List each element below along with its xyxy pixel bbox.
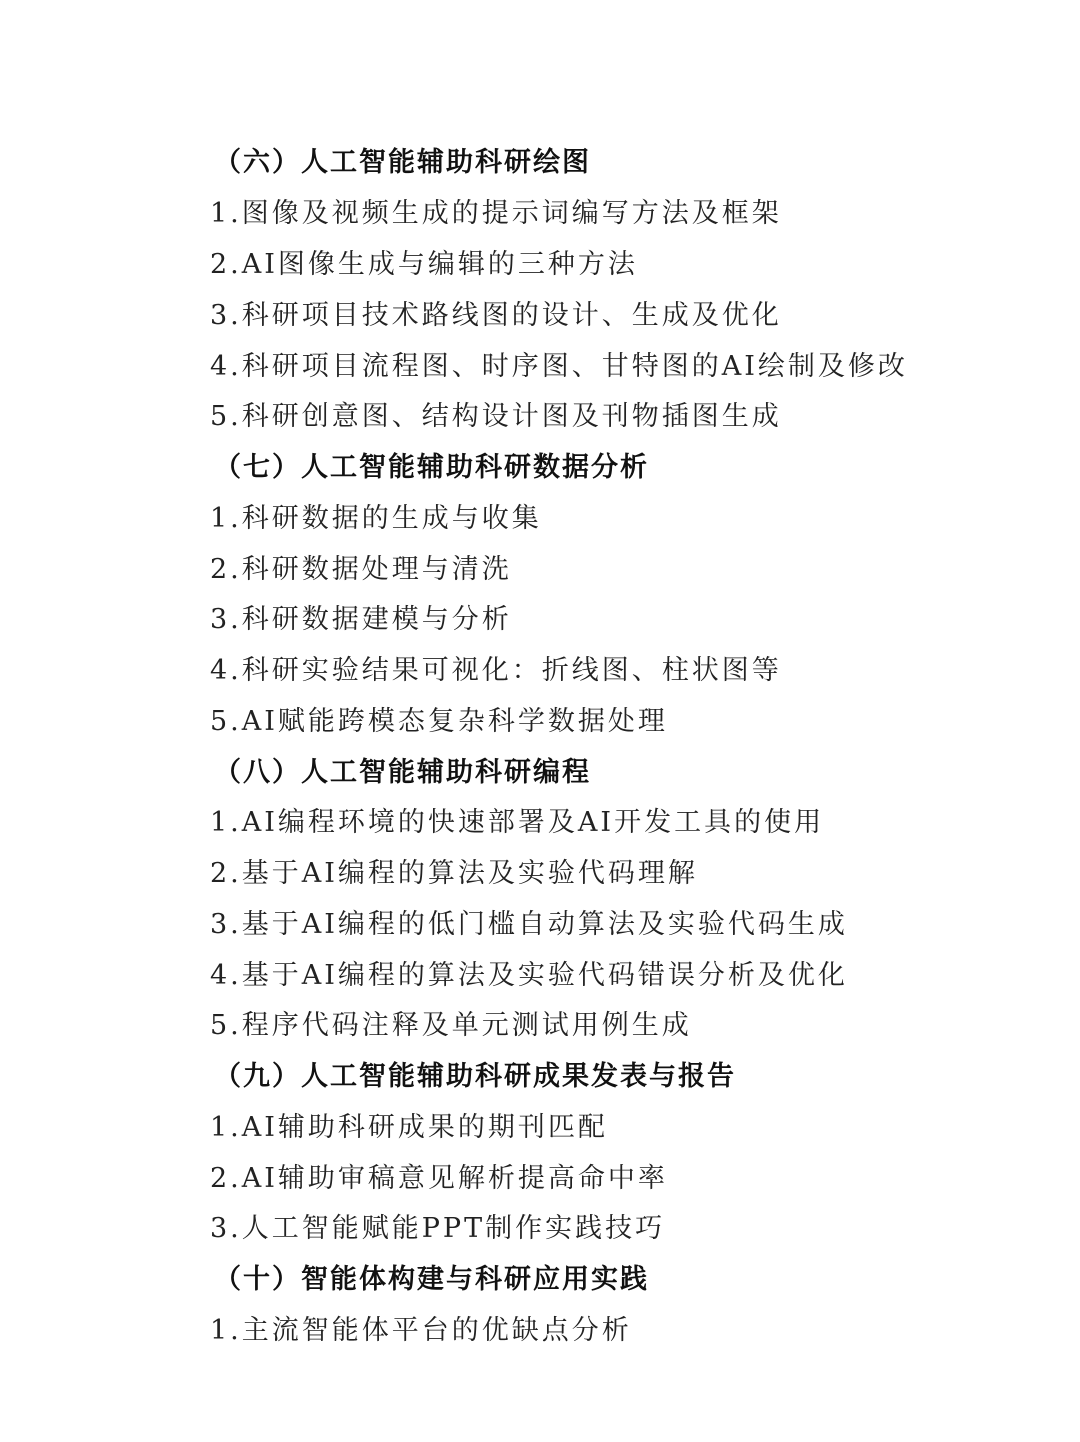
section-heading-10: （十）智能体构建与科研应用实践 <box>214 1263 649 1297</box>
list-item: 1.科研数据的生成与收集 <box>210 502 542 536</box>
list-item: 3.人工智能赋能PPT制作实践技巧 <box>210 1212 665 1246</box>
document-page: （六）人工智能辅助科研绘图 1.图像及视频生成的提示词编写方法及框架 2.AI图… <box>0 0 1080 1442</box>
section-heading-9: （九）人工智能辅助科研成果发表与报告 <box>214 1060 736 1094</box>
list-item: 2.AI图像生成与编辑的三种方法 <box>210 248 638 282</box>
list-item: 3.科研数据建模与分析 <box>210 603 512 637</box>
list-item: 4.科研实验结果可视化：折线图、柱状图等 <box>210 654 782 688</box>
section-heading-8: （八）人工智能辅助科研编程 <box>214 756 591 790</box>
list-item: 5.AI赋能跨模态复杂科学数据处理 <box>210 705 668 739</box>
list-item: 1.AI编程环境的快速部署及AI开发工具的使用 <box>210 806 824 840</box>
list-item: 1.主流智能体平台的优缺点分析 <box>210 1314 632 1348</box>
section-heading-7: （七）人工智能辅助科研数据分析 <box>214 451 649 485</box>
list-item: 4.科研项目流程图、时序图、甘特图的AI绘制及修改 <box>210 350 908 384</box>
list-item: 1.图像及视频生成的提示词编写方法及框架 <box>210 197 782 231</box>
list-item: 2.基于AI编程的算法及实验代码理解 <box>210 857 698 891</box>
list-item: 2.科研数据处理与清洗 <box>210 553 512 587</box>
list-item: 1.AI辅助科研成果的期刊匹配 <box>210 1111 608 1145</box>
list-item: 4.基于AI编程的算法及实验代码错误分析及优化 <box>210 959 848 993</box>
list-item: 5.科研创意图、结构设计图及刊物插图生成 <box>210 400 782 434</box>
list-item: 5.程序代码注释及单元测试用例生成 <box>210 1009 692 1043</box>
section-heading-6: （六）人工智能辅助科研绘图 <box>214 146 591 180</box>
list-item: 2.AI辅助审稿意见解析提高命中率 <box>210 1162 668 1196</box>
list-item: 3.科研项目技术路线图的设计、生成及优化 <box>210 299 782 333</box>
list-item: 3.基于AI编程的低门槛自动算法及实验代码生成 <box>210 908 848 942</box>
